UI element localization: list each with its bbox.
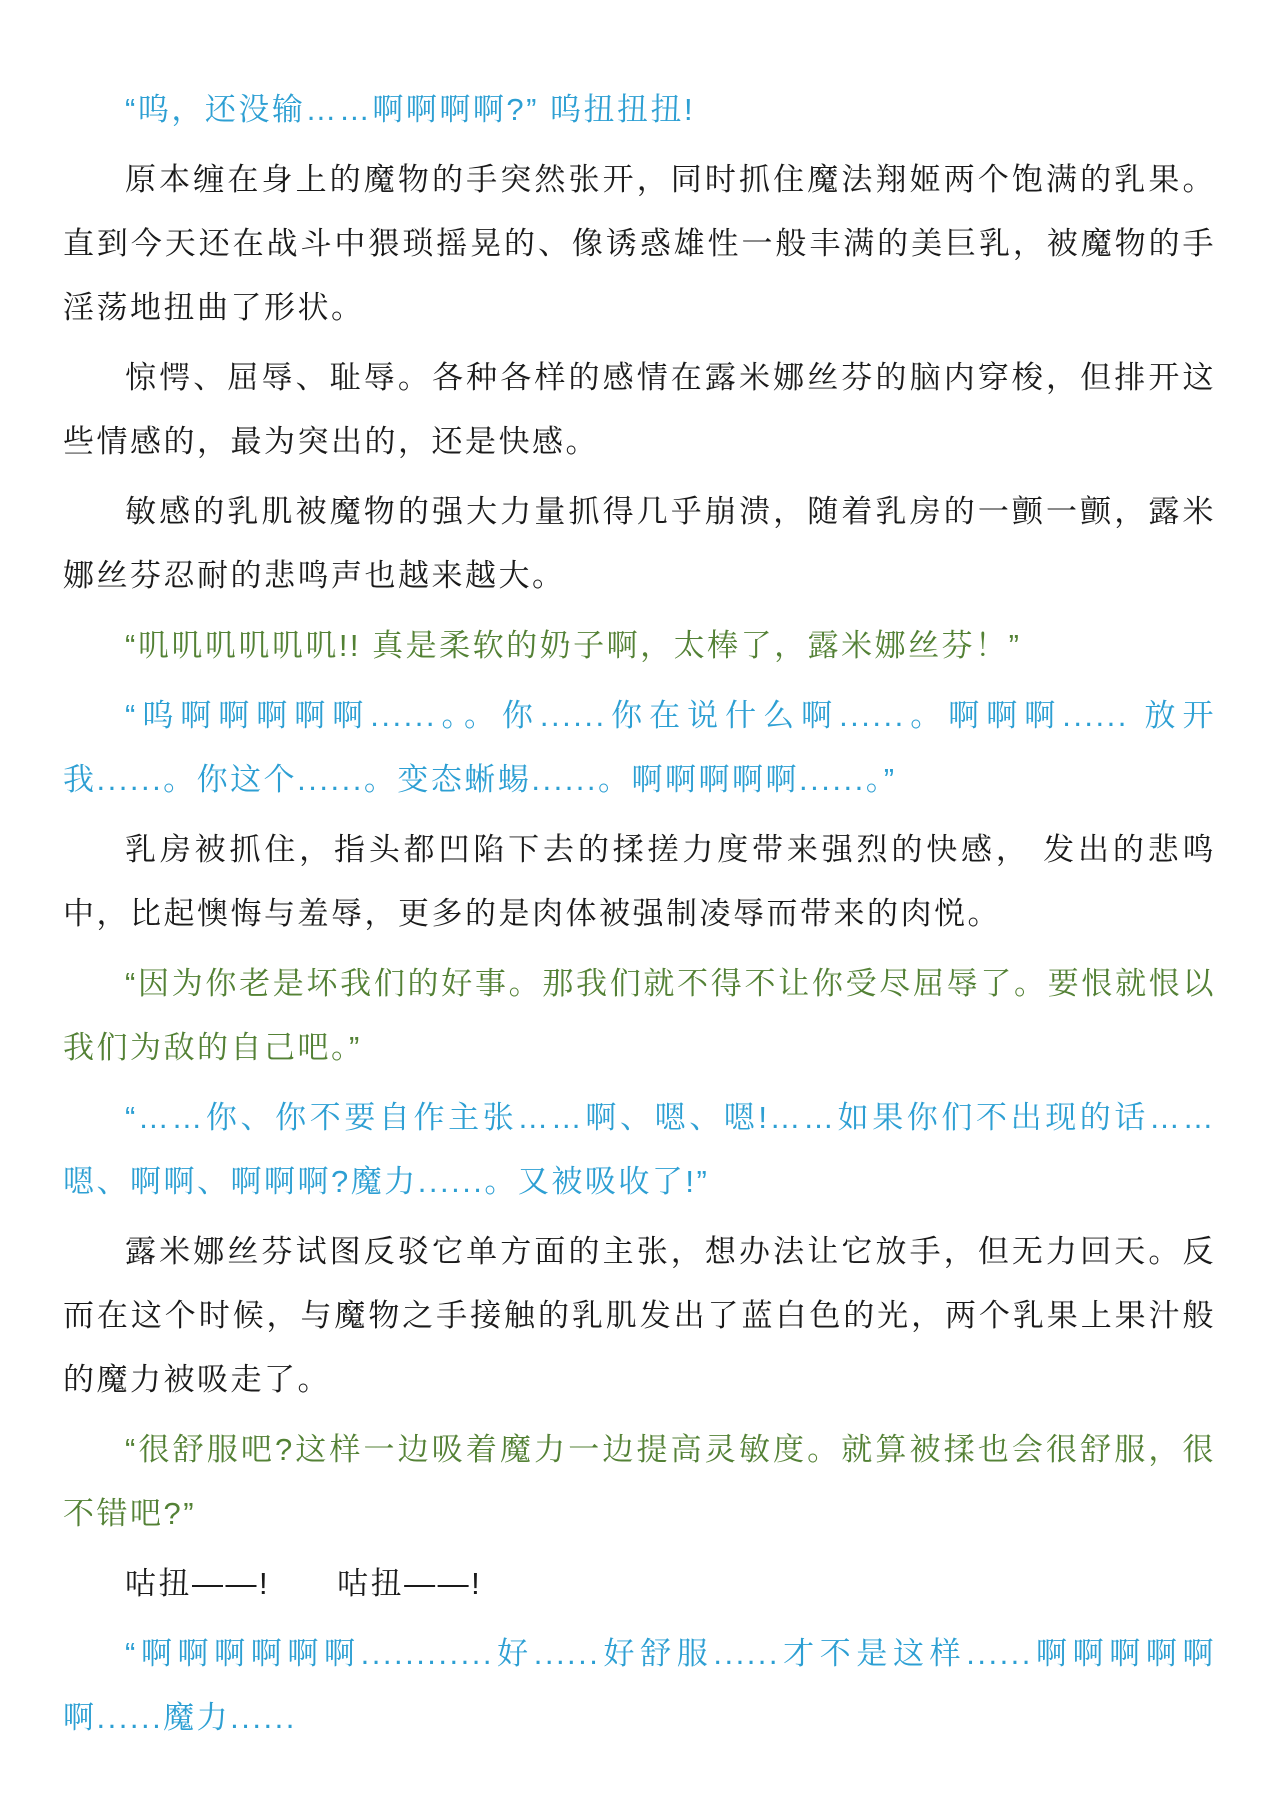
narration-paragraph-12: 咕扭——! 咕扭——! [63,1552,1216,1616]
narration-paragraph-7: 乳房被抓住，指头都凹陷下去的揉搓力度带来强烈的快感， 发出的悲鸣中，比起懊悔与羞… [63,818,1216,946]
dialogue-paragraph-5: “叽叽叽叽叽叽!! 真是柔软的奶子啊，太棒了，露米娜丝芬！” [63,614,1216,678]
narration-paragraph-4: 敏感的乳肌被魔物的强大力量抓得几乎崩溃，随着乳房的一颤一颤，露米娜丝芬忍耐的悲鸣… [63,480,1216,608]
story-body: “呜，还没输……啊啊啊啊?” 呜扭扭扭!原本缠在身上的魔物的手突然张开，同时抓住… [63,78,1216,1750]
narration-paragraph-10: 露米娜丝芬试图反驳它单方面的主张，想办法让它放手，但无力回天。反而在这个时候，与… [63,1220,1216,1412]
novel-page: “呜，还没输……啊啊啊啊?” 呜扭扭扭!原本缠在身上的魔物的手突然张开，同时抓住… [0,0,1280,1810]
dialogue-paragraph-8: “因为你老是坏我们的好事。那我们就不得不让你受尽屈辱了。要恨就恨以我们为敌的自己… [63,952,1216,1080]
dialogue-paragraph-13: “啊啊啊啊啊啊............好......好舒服......才不是这样… [63,1622,1216,1750]
dialogue-paragraph-9: “……你、你不要自作主张……啊、嗯、嗯!……如果你们不出现的话……嗯、啊啊、啊啊… [63,1086,1216,1214]
dialogue-paragraph-1: “呜，还没输……啊啊啊啊?” 呜扭扭扭! [63,78,1216,142]
dialogue-paragraph-11: “很舒服吧?这样一边吸着魔力一边提高灵敏度。就算被揉也会很舒服，很不错吧?” [63,1418,1216,1546]
narration-paragraph-3: 惊愕、屈辱、耻辱。各种各样的感情在露米娜丝芬的脑内穿梭，但排开这些情感的，最为突… [63,346,1216,474]
dialogue-paragraph-6: “呜啊啊啊啊啊......。。你......你在说什么啊......。啊啊啊..… [63,684,1216,812]
narration-paragraph-2: 原本缠在身上的魔物的手突然张开，同时抓住魔法翔姬两个饱满的乳果。直到今天还在战斗… [63,148,1216,340]
